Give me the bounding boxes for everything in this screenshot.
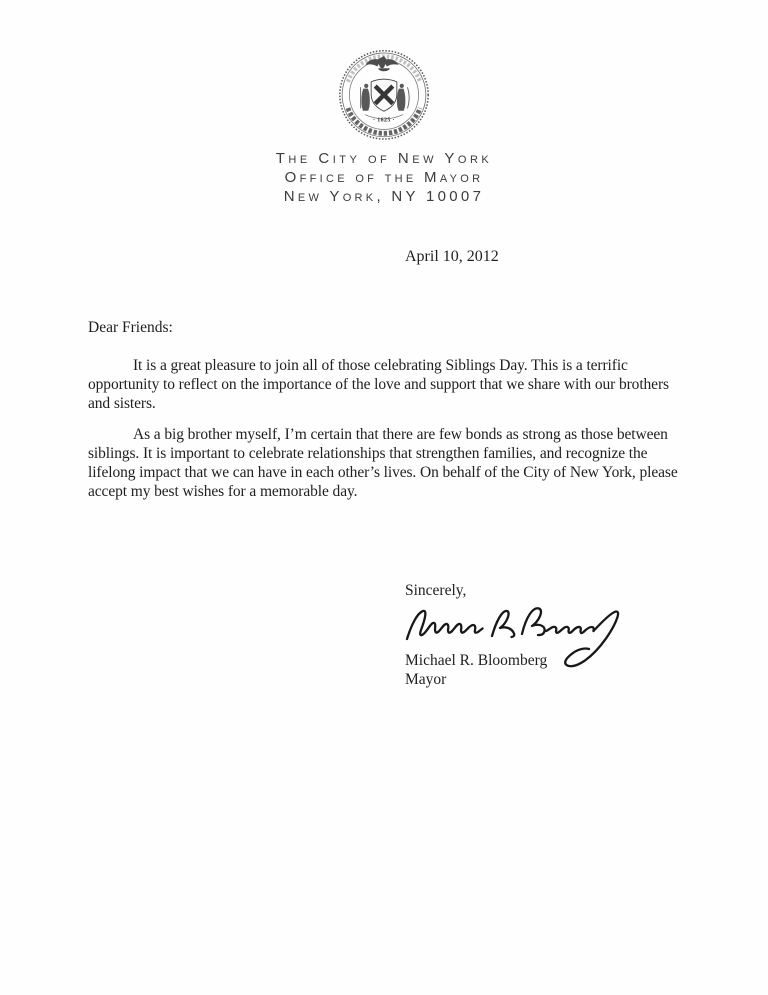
letterhead-org-name: The City of New York — [0, 149, 768, 168]
seal-hemisphere — [378, 68, 390, 71]
salutation: Dear Friends: — [88, 318, 768, 338]
letterhead-address: New York, NY 10007 — [0, 187, 768, 206]
letterhead: · 1625 · The City of New York Office of … — [0, 44, 768, 206]
seal-right-figure — [397, 84, 409, 111]
signer-title: Mayor — [405, 670, 768, 689]
body-paragraph-1: It is a great pleasure to join all of th… — [88, 356, 680, 413]
seal-year: · 1625 · — [373, 117, 395, 123]
letter-date: April 10, 2012 — [405, 246, 768, 267]
body-paragraph-2: As a big brother myself, I’m certain tha… — [88, 425, 680, 501]
nyc-seal-icon: · 1625 · — [336, 44, 432, 140]
nyc-seal-graphic: · 1625 · — [336, 44, 432, 140]
letterhead-office: Office of the Mayor — [0, 168, 768, 187]
seal-left-figure — [360, 84, 370, 111]
closing-salutation: Sincerely, — [405, 581, 768, 601]
letter-page: · 1625 · The City of New York Office of … — [0, 0, 768, 995]
signer-name: Michael R. Bloomberg — [405, 651, 768, 670]
closing-block: Sincerely, Michael R. Bloomberg Mayor — [405, 581, 768, 689]
